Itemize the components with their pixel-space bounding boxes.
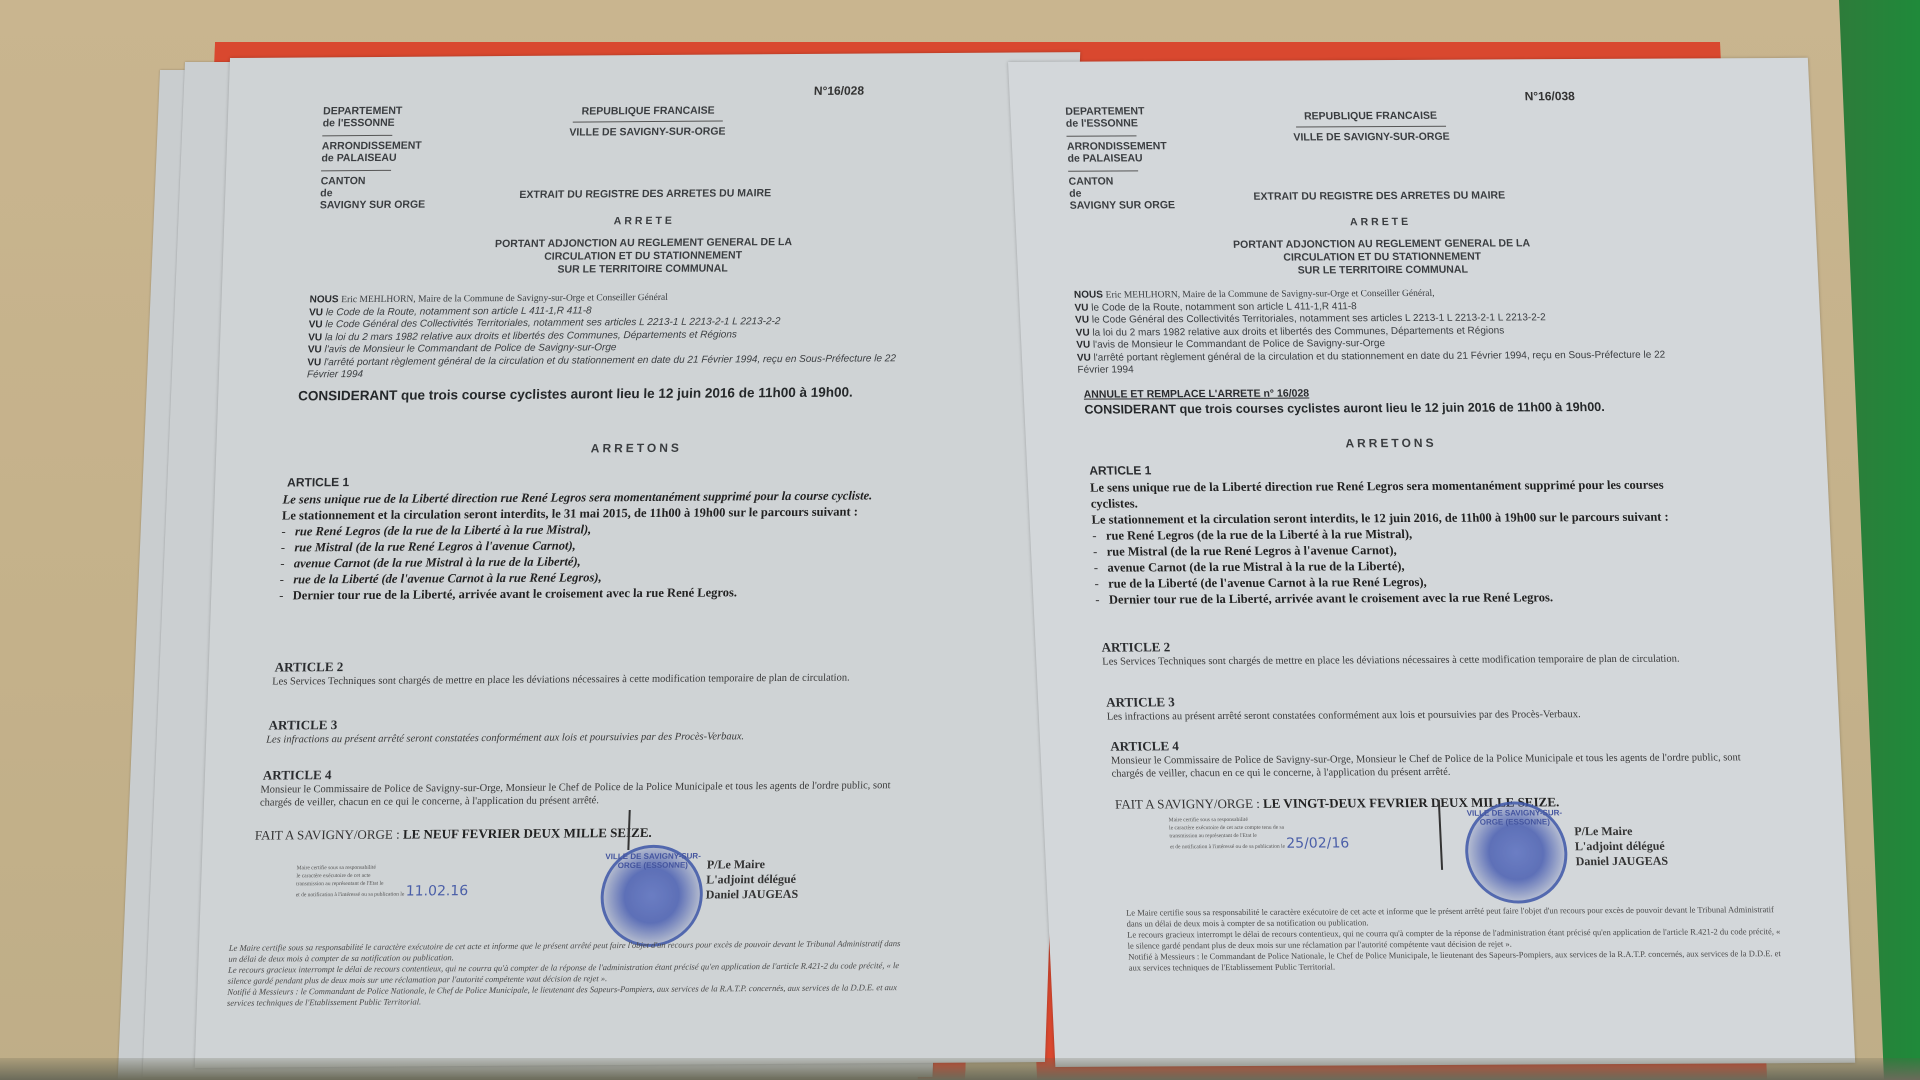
legal-footer: Le Maire certifie sous sa responsabilité…	[1126, 904, 1789, 973]
vu-label: VU	[1074, 302, 1088, 313]
article-1-title: ARTICLE 1	[1089, 463, 1152, 477]
article-3-body: Les infractions au présent arrêté seront…	[1107, 707, 1727, 723]
vu-label: VU	[308, 332, 322, 343]
arretons-title: ARRETONS	[1201, 435, 1582, 451]
signatory-line: P/Le Maire	[1574, 824, 1667, 839]
stamp-text: VILLE DE SAVIGNY-SUR-ORGE (ESSONNE)	[605, 851, 702, 870]
signatory-block: P/Le Maire L'adjoint délégué Daniel JAUG…	[706, 857, 800, 903]
article-1-body: Le sens unique rue de la Liberté directi…	[1090, 476, 1706, 607]
header-line: de PALAISEAU	[321, 152, 427, 165]
vu-label: VU	[1075, 315, 1089, 326]
nous-label: NOUS	[1074, 290, 1103, 301]
fait-label: FAIT A SAVIGNY/ORGE :	[1115, 796, 1261, 812]
vu-text: l'avis de Monsieur le Commandant de Poli…	[324, 342, 616, 355]
municipal-stamp: VILLE DE SAVIGNY-SUR-ORGE (ESSONNE)	[1463, 801, 1570, 904]
considerant: CONSIDERANT que trois courses cyclistes …	[1084, 398, 1725, 418]
vu-text: la loi du 2 mars 1982 relative aux droit…	[325, 329, 737, 343]
visas-block: NOUS Eric MEHLHORN, Maire de la Commune …	[307, 290, 930, 382]
certification-date-handwritten: 11.02.16	[405, 883, 468, 899]
article-1-title: ARTICLE 1	[287, 475, 350, 489]
footer-paragraph: Notifié à Messieurs : le Commandant de P…	[1128, 948, 1789, 973]
certification-block: Maire certifie sous sa responsabilité le…	[296, 863, 517, 900]
article-1-paragraph: Le stationnement et la circulation seron…	[1091, 508, 1702, 527]
table-edge-shadow	[0, 1058, 1920, 1080]
article-2-title: ARTICLE 2	[274, 659, 343, 675]
header-line: ARRONDISSEMENT	[322, 140, 428, 153]
header-line: CANTON	[320, 175, 426, 188]
considerant-label: CONSIDERANT	[1084, 402, 1176, 416]
vu-label: VU	[1077, 352, 1091, 363]
vu-label: VU	[1076, 340, 1090, 351]
vu-line: VU l'arrêté portant règlement général de…	[307, 353, 928, 382]
article-3-title: ARTICLE 3	[268, 717, 337, 733]
arrete-object: PORTANT ADJONCTION AU REGLEMENT GENERAL …	[1161, 237, 1603, 278]
signatory-line: L'adjoint délégué	[706, 872, 799, 888]
extrait-title: EXTRAIT DU REGISTRE DES ARRETES DU MAIRE	[455, 187, 836, 202]
considerant-text: que trois course cyclistes auront lieu l…	[401, 385, 853, 403]
header-line: SAVIGNY SUR ORGE	[320, 199, 426, 212]
certification-block: Maire certifie sous sa responsabilité le…	[1169, 815, 1391, 851]
article-4-title: ARTICLE 4	[1110, 738, 1179, 754]
header-line: DEPARTEMENT	[1065, 105, 1171, 118]
nous-label: NOUS	[309, 294, 338, 305]
certification-line: et de notification à l'intéressé ou de s…	[1170, 844, 1285, 851]
header-line: de l'ESSONNE	[1066, 117, 1172, 130]
nous-text: Eric MEHLHORN, Maire de la Commune de Sa…	[1105, 289, 1434, 301]
article-2-body: Les Services Techniques sont chargés de …	[272, 671, 913, 688]
nous-text: Eric MEHLHORN, Maire de la Commune de Sa…	[341, 293, 668, 305]
arrete-number: N°16/028	[814, 84, 865, 98]
header-line: de	[1069, 187, 1175, 200]
signatory-line: L'adjoint délégué	[1575, 839, 1668, 854]
republique-header: REPUBLIQUE FRANCAISE VILLE DE SAVIGNY-SU…	[1240, 109, 1501, 143]
article-4-title: ARTICLE 4	[263, 767, 332, 783]
header-administrative-block: DEPARTEMENT de l'ESSONNE ARRONDISSEMENT …	[320, 105, 429, 212]
municipal-stamp: VILLE DE SAVIGNY-SUR-ORGE (ESSONNE)	[599, 844, 705, 947]
object-line: SUR LE TERRITOIRE COMMUNAL	[1163, 263, 1604, 278]
arrete-title: ARRETE	[454, 214, 835, 229]
legal-footer: Le Maire certifie sous sa responsabilité…	[227, 938, 909, 1009]
footer-paragraph: Notifié à Messieurs : le Commandant de P…	[227, 982, 908, 1009]
vu-line: VU l'arrêté portant règlement général de…	[1077, 349, 1678, 377]
signatory-line: P/Le Maire	[707, 857, 800, 873]
header-line: de	[320, 187, 426, 200]
document-arrete-16-038: DEPARTEMENT de l'ESSONNE ARRONDISSEMENT …	[1008, 58, 1855, 1067]
route-item: Dernier tour rue de la Liberté, arrivée …	[279, 583, 920, 603]
fait-label: FAIT A SAVIGNY/ORGE :	[255, 827, 400, 843]
header-line: de PALAISEAU	[1067, 152, 1173, 165]
arretons-title: ARRETONS	[446, 440, 827, 457]
certification-date-handwritten: 25/02/16	[1286, 835, 1350, 851]
article-2-body: Les Services Techniques sont chargés de …	[1102, 652, 1722, 668]
signatory-line: Daniel JAUGEAS	[1575, 854, 1668, 869]
vu-text: le Code de la Route, notamment son artic…	[326, 305, 592, 318]
republique-label: REPUBLIQUE FRANCAISE	[1240, 109, 1501, 122]
vu-label: VU	[309, 307, 323, 318]
republique-header: REPUBLIQUE FRANCAISE VILLE DE SAVIGNY-SU…	[517, 104, 778, 139]
header-line: SAVIGNY SUR ORGE	[1069, 199, 1175, 212]
route-list: rue René Legros (de la rue de la Liberté…	[279, 519, 922, 603]
vu-label: VU	[308, 319, 322, 330]
article-3-body: Les infractions au présent arrêté seront…	[266, 729, 907, 746]
vu-text: l'arrêté portant règlement général de la…	[307, 353, 896, 381]
article-3-title: ARTICLE 3	[1106, 694, 1175, 710]
article-4-body: Monsieur le Commissaire de Police de Sav…	[260, 779, 921, 810]
vu-text: la loi du 2 mars 1982 relative aux droit…	[1092, 325, 1504, 338]
vu-label: VU	[307, 357, 321, 368]
ville-label: VILLE DE SAVIGNY-SUR-ORGE	[517, 125, 777, 139]
vu-text: l'arrêté portant règlement général de la…	[1077, 349, 1665, 376]
header-line: DEPARTEMENT	[323, 105, 429, 118]
signatory-block: P/Le Maire L'adjoint délégué Daniel JAUG…	[1574, 824, 1668, 869]
fait-date: LE NEUF FEVRIER DEUX MILLE SEIZE.	[403, 825, 652, 842]
arrete-title: ARRETE	[1190, 215, 1570, 229]
header-line: CANTON	[1068, 175, 1174, 188]
annule-remplace-notice: ANNULE ET REMPLACE L'ARRETE n° 16/028	[1083, 388, 1309, 401]
extrait-title: EXTRAIT DU REGISTRE DES ARRETES DU MAIRE	[1189, 189, 1569, 203]
arrete-number: N°16/038	[1524, 89, 1575, 103]
article-1-paragraph: Le sens unique rue de la Liberté directi…	[1090, 476, 1701, 511]
considerant-label: CONSIDERANT	[298, 388, 398, 404]
article-2-title: ARTICLE 2	[1101, 639, 1170, 655]
article-4-body: Monsieur le Commissaire de Police de Sav…	[1111, 751, 1752, 780]
vu-text: le Code Général des Collectivités Territ…	[1092, 312, 1546, 325]
vu-text: l'avis de Monsieur le Commandant de Poli…	[1093, 338, 1385, 351]
header-administrative-block: DEPARTEMENT de l'ESSONNE ARRONDISSEMENT …	[1065, 105, 1175, 212]
republique-label: REPUBLIQUE FRANCAISE	[518, 104, 778, 118]
vu-label: VU	[1076, 327, 1090, 338]
document-arrete-16-028: DEPARTEMENT de l'ESSONNE ARRONDISSEMENT …	[195, 52, 1081, 1068]
considerant: CONSIDERANT que trois course cyclistes a…	[298, 383, 929, 404]
vu-label: VU	[308, 344, 322, 355]
route-item: Dernier tour rue de la Liberté, arrivée …	[1095, 588, 1706, 607]
header-line: de l'ESSONNE	[323, 117, 429, 130]
vu-text: le Code de la Route, notamment son artic…	[1091, 301, 1357, 313]
arrete-object: PORTANT ADJONCTION AU REGLEMENT GENERAL …	[422, 236, 863, 278]
article-1-body: Le sens unique rue de la Liberté directi…	[279, 487, 923, 603]
signatory-line: Daniel JAUGEAS	[706, 887, 799, 903]
route-list: rue René Legros (de la rue de la Liberté…	[1092, 524, 1706, 607]
considerant-text: que trois courses cyclistes auront lieu …	[1179, 400, 1605, 416]
fait-a-line: FAIT A SAVIGNY/ORGE : LE NEUF FEVRIER DE…	[255, 825, 652, 844]
stamp-text: VILLE DE SAVIGNY-SUR-ORGE (ESSONNE)	[1466, 808, 1563, 827]
ville-label: VILLE DE SAVIGNY-SUR-ORGE	[1241, 130, 1502, 143]
header-line: ARRONDISSEMENT	[1067, 140, 1173, 153]
visas-block: NOUS Eric MEHLHORN, Maire de la Commune …	[1074, 287, 1678, 378]
object-line: SUR LE TERRITOIRE COMMUNAL	[422, 262, 863, 278]
certification-line: et de notification à l'intéressé ou sa p…	[296, 892, 405, 899]
